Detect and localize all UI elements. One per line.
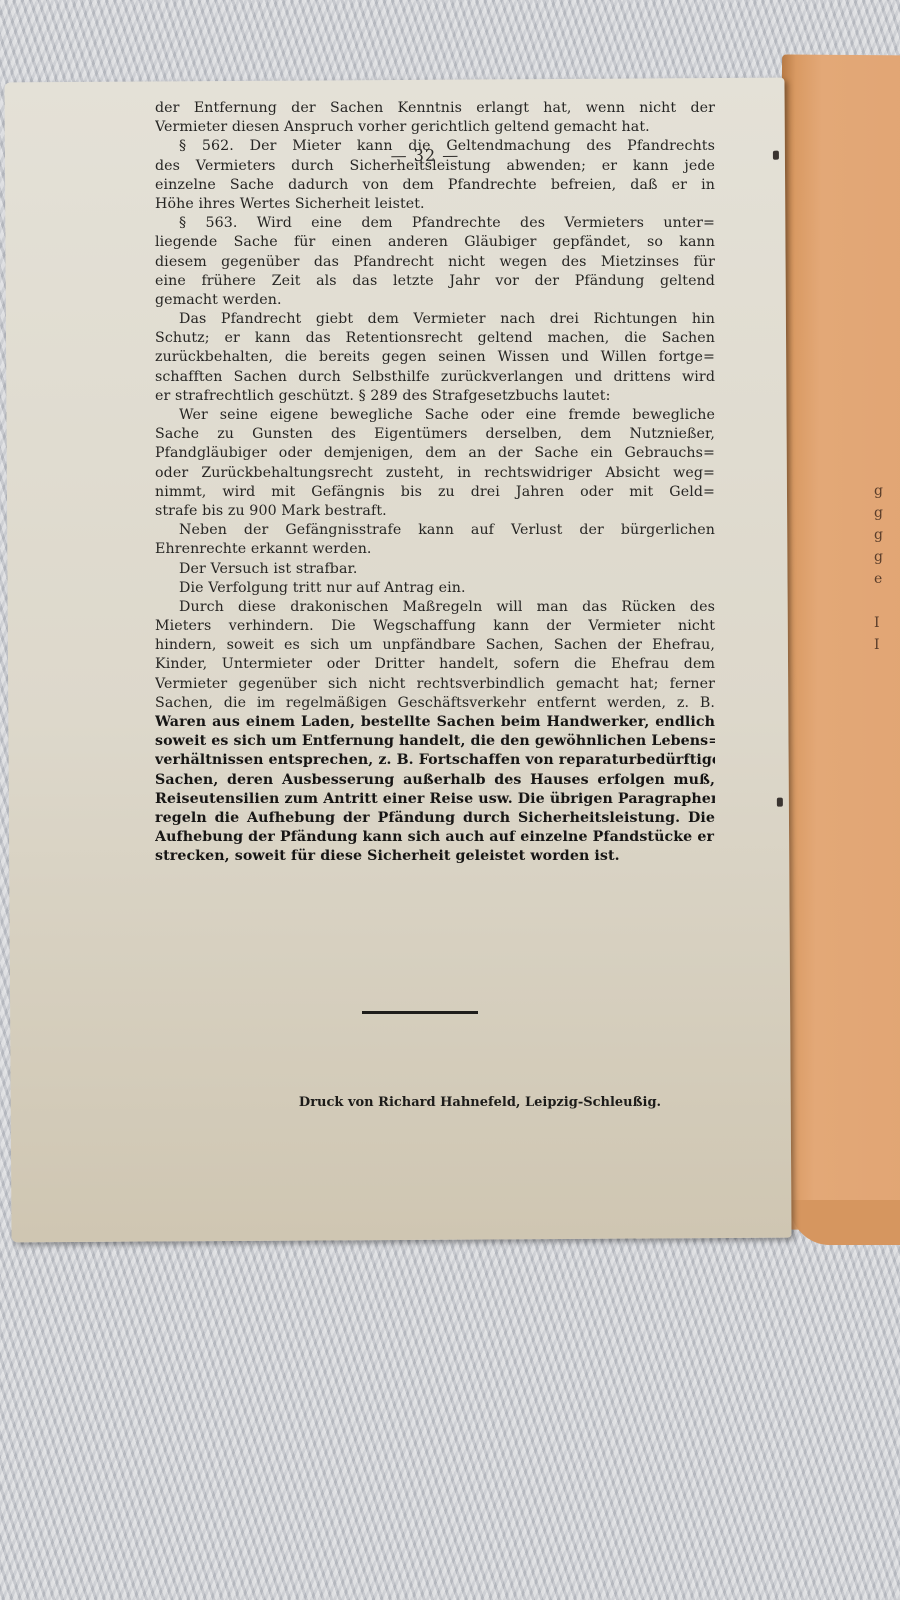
cover-edge-text: g g g g e I I xyxy=(874,480,883,656)
text-line: hindern, soweit es sich um unpfändbare S… xyxy=(155,636,715,655)
staple-icon xyxy=(777,798,783,807)
text-line: liegende Sache für einen anderen Gläubig… xyxy=(155,233,715,252)
end-rule-divider xyxy=(362,1011,478,1014)
text-line: Höhe ihres Wertes Sicherheit leistet. xyxy=(155,195,715,214)
cover-glyph: I xyxy=(874,634,883,656)
text-line: Reiseutensilien zum Antritt einer Reise … xyxy=(155,790,715,809)
text-line: eine frühere Zeit als das letzte Jahr vo… xyxy=(155,272,715,291)
text-line: strafe bis zu 900 Mark bestraft. xyxy=(155,502,715,521)
text-line: Kinder, Untermieter oder Dritter handelt… xyxy=(155,655,715,674)
paragraph-pfandrecht: Das Pfandrecht giebt dem Vermieter nach … xyxy=(155,310,715,329)
text-line: Neben der Gefängnisstrafe kann auf Verlu… xyxy=(155,521,715,540)
quote-289: Wer seine eigene bewegliche Sache oder e… xyxy=(155,406,715,425)
text-line: er strafrechtlich geschützt. § 289 des S… xyxy=(155,387,715,406)
text-line: Sachen, deren Ausbesserung außerhalb des… xyxy=(155,771,715,790)
cover-glyph: e xyxy=(874,568,883,590)
text-line: Pfandgläubiger oder demjenigen, dem an d… xyxy=(155,444,715,463)
text-line: Der Versuch ist strafbar. xyxy=(155,560,715,579)
cover-glyph: g xyxy=(874,480,883,502)
text-line: Ehrenrechte erkannt werden. xyxy=(155,540,715,559)
text-line: des Vermieters durch Sicherheitsleistung… xyxy=(155,157,715,176)
text-line: diesem gegenüber das Pfandrecht nicht we… xyxy=(155,253,715,272)
text-line: nimmt, wird mit Gefängnis bis zu drei Ja… xyxy=(155,483,715,502)
printer-imprint: Druck von Richard Hahnefeld, Leipzig-Sch… xyxy=(0,1095,900,1110)
cover-glyph: g xyxy=(874,502,883,524)
cover-glyph xyxy=(874,590,883,612)
text-line: Die Verfolgung tritt nur auf Antrag ein. xyxy=(155,579,715,598)
text-line: Waren aus einem Laden, bestellte Sachen … xyxy=(155,713,715,732)
text-line: oder Zurückbehaltungsrecht zusteht, in r… xyxy=(155,464,715,483)
paragraph-massregeln: Durch diese drakonischen Maßregeln will … xyxy=(155,598,715,617)
text-line: Vermieter gegenüber sich nicht rechtsver… xyxy=(155,675,715,694)
text-line: gemacht werden. xyxy=(155,291,715,310)
text-line: zurückbehalten, die bereits gegen seinen… xyxy=(155,348,715,367)
paragraph-563: § 563. Wird eine dem Pfandrechte des Ver… xyxy=(155,214,715,233)
text-line: Aufhebung der Pfändung kann sich auch au… xyxy=(155,828,715,847)
booklet-cover-corner xyxy=(790,1200,900,1245)
text-line: Schutz; er kann das Retentionsrecht gelt… xyxy=(155,329,715,348)
cover-glyph: g xyxy=(874,546,883,568)
text-line: Sachen, die im regelmäßigen Geschäftsver… xyxy=(155,694,715,713)
text-line: verhältnissen entsprechen, z. B. Fortsch… xyxy=(155,751,715,770)
text-line: einzelne Sache dadurch von dem Pfandrech… xyxy=(155,176,715,195)
text-line: Vermieter diesen Anspruch vorher gericht… xyxy=(155,118,715,137)
text-line: Mieters verhindern. Die Wegschaffung kan… xyxy=(155,617,715,636)
body-text: der Entfernung der Sachen Kenntnis erlan… xyxy=(155,99,715,867)
cover-glyph: I xyxy=(874,612,883,634)
text-line: der Entfernung der Sachen Kenntnis erlan… xyxy=(155,99,715,118)
text-line: strecken, soweit für diese Sicherheit ge… xyxy=(155,847,715,866)
text-line: regeln die Aufhebung der Pfändung durch … xyxy=(155,809,715,828)
cover-glyph: g xyxy=(874,524,883,546)
paragraph-562: § 562. Der Mieter kann die Geltendmachun… xyxy=(155,137,715,156)
text-line: Sache zu Gunsten des Eigentümers derselb… xyxy=(155,425,715,444)
text-line: schafften Sachen durch Selbsthilfe zurüc… xyxy=(155,368,715,387)
text-line: soweit es sich um Entfernung handelt, di… xyxy=(155,732,715,751)
